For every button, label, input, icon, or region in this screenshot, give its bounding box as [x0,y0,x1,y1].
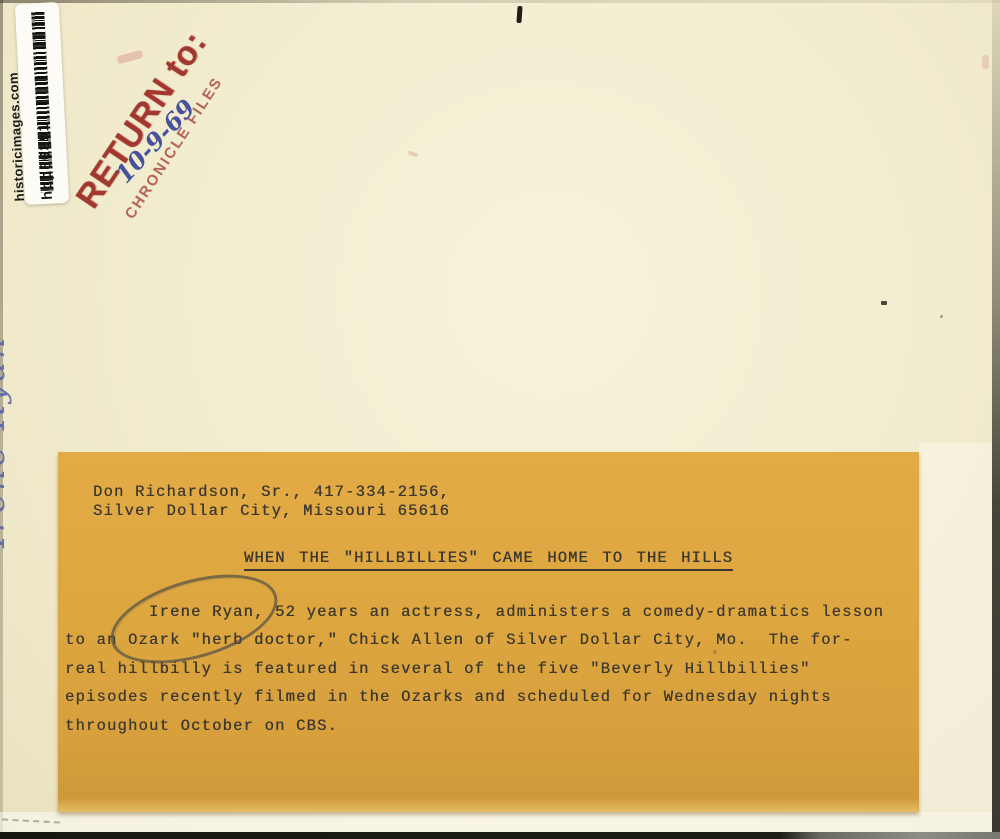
photo-edge-bottom [0,832,1000,839]
photo-edge-top [0,0,1000,3]
dust-speck [408,150,419,157]
contact-line-2: Silver Dollar City, Missouri 65616 [93,502,450,521]
dust-speck [881,301,887,305]
dust-speck [982,55,989,69]
handwritten-name: Irene Ryan [0,335,12,548]
barcode-site-text: historicimages.com [5,72,27,202]
photo-edge-right [992,0,1000,839]
caption-body-line: episodes recently filmed in the Ozarks a… [65,683,884,711]
photo-back-scan: historicimages.com hcp86391 RETURN to: C… [0,0,1000,839]
contact-block: Don Richardson, Sr., 417-334-2156, Silve… [93,483,450,520]
caption-headline-row: WHEN THE "HILLBILLIES" CAME HOME TO THE … [58,549,919,571]
dust-speck [713,650,717,654]
barcode-label: historicimages.com hcp86391 [15,2,69,205]
ink-mark [516,6,522,23]
caption-body-line: throughout October on CBS. [65,712,884,740]
contact-line-1: Don Richardson, Sr., 417-334-2156, [93,483,450,502]
ink-smudge [116,50,143,64]
dust-speck [940,315,943,318]
paper-light-strip-right [919,443,993,813]
barcode-code-text: hcp86391 [36,121,56,200]
caption-headline: WHEN THE "HILLBILLIES" CAME HOME TO THE … [244,549,733,571]
